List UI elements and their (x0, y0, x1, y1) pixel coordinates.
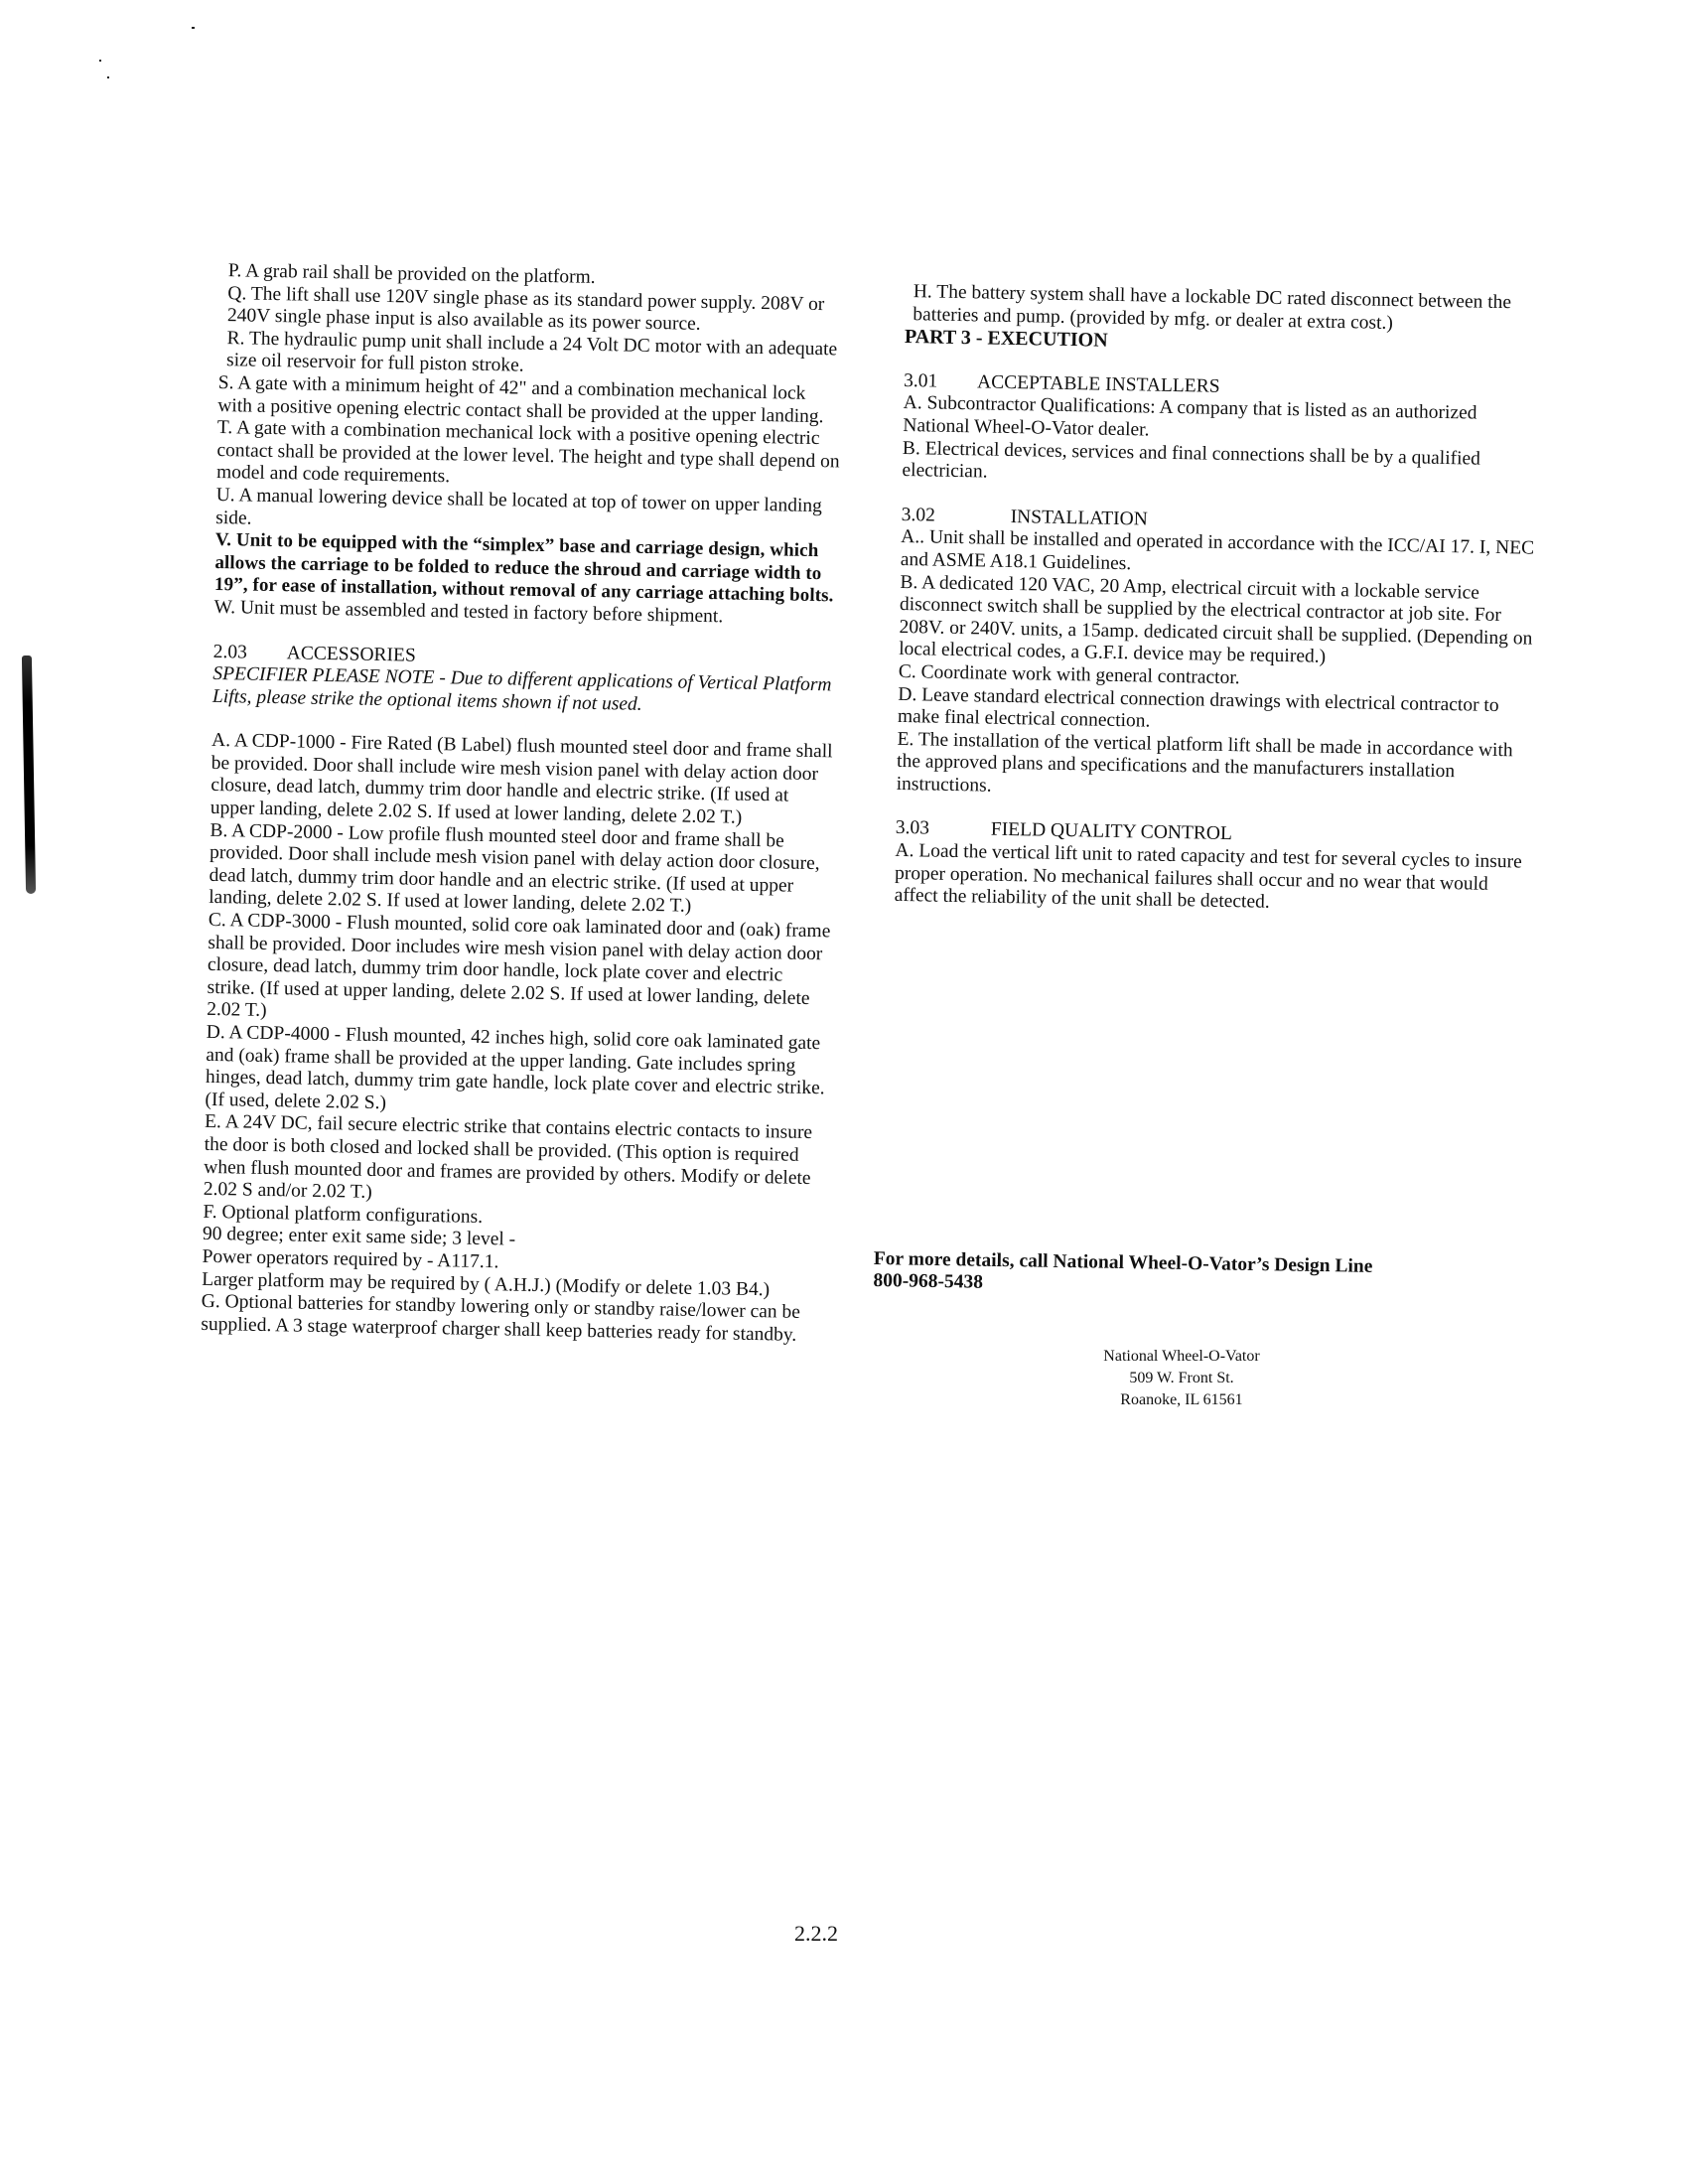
installation-item-b: B. A dedicated 120 VAC, 20 Amp, electric… (899, 571, 1536, 672)
scan-speck (192, 27, 195, 29)
accessory-item-b: B. A CDP-2000 - Low profile flush mounte… (209, 820, 836, 922)
accessory-item-a: A. A CDP-1000 - Fire Rated (B Label) flu… (211, 730, 838, 831)
address-company: National Wheel-O-Vator (1033, 1346, 1331, 1368)
spec-item-v: V. Unit to be equipped with the “simplex… (214, 529, 841, 608)
accessory-item-d: D. A CDP-4000 - Flush mounted, 42 inches… (205, 1022, 832, 1123)
section-title: ACCEPTABLE INSTALLERS (977, 371, 1220, 396)
spec-item-t: T. A gate with a combination mechanical … (216, 417, 843, 496)
address-street: 509 W. Front St. (1033, 1368, 1331, 1389)
section-number: 3.01 (904, 370, 977, 394)
scan-speck (107, 76, 109, 78)
document-page: P. A grab rail shall be provided on the … (0, 0, 1688, 2184)
section-number: 3.02 (901, 505, 1010, 529)
scan-speck (99, 60, 101, 62)
address-city: Roanoke, IL 61561 (1033, 1389, 1331, 1411)
quality-control-item-a: A. Load the vertical lift unit to rated … (894, 840, 1530, 919)
page-number: 2.2.2 (794, 1921, 838, 1947)
scan-artifact-mark (22, 655, 36, 894)
contact-block: For more details, call National Wheel-O-… (873, 1248, 1509, 1302)
right-column: H. The battery system shall have a locka… (894, 281, 1540, 919)
accessory-item-c: C. A CDP-3000 - Flush mounted, solid cor… (207, 910, 834, 1033)
section-number: 3.03 (896, 817, 991, 841)
section-title: ACCESSORIES (287, 643, 416, 665)
installation-item-e: E. The installation of the vertical plat… (896, 729, 1532, 807)
section-title: INSTALLATION (1010, 507, 1148, 530)
accessory-item-e: E. A 24V DC, fail secure electric strike… (204, 1111, 831, 1213)
section-number: 2.03 (213, 641, 287, 664)
left-column: P. A grab rail shall be provided on the … (201, 260, 846, 1348)
address-block: National Wheel-O-Vator 509 W. Front St. … (1033, 1346, 1331, 1411)
section-title: FIELD QUALITY CONTROL (991, 819, 1232, 844)
